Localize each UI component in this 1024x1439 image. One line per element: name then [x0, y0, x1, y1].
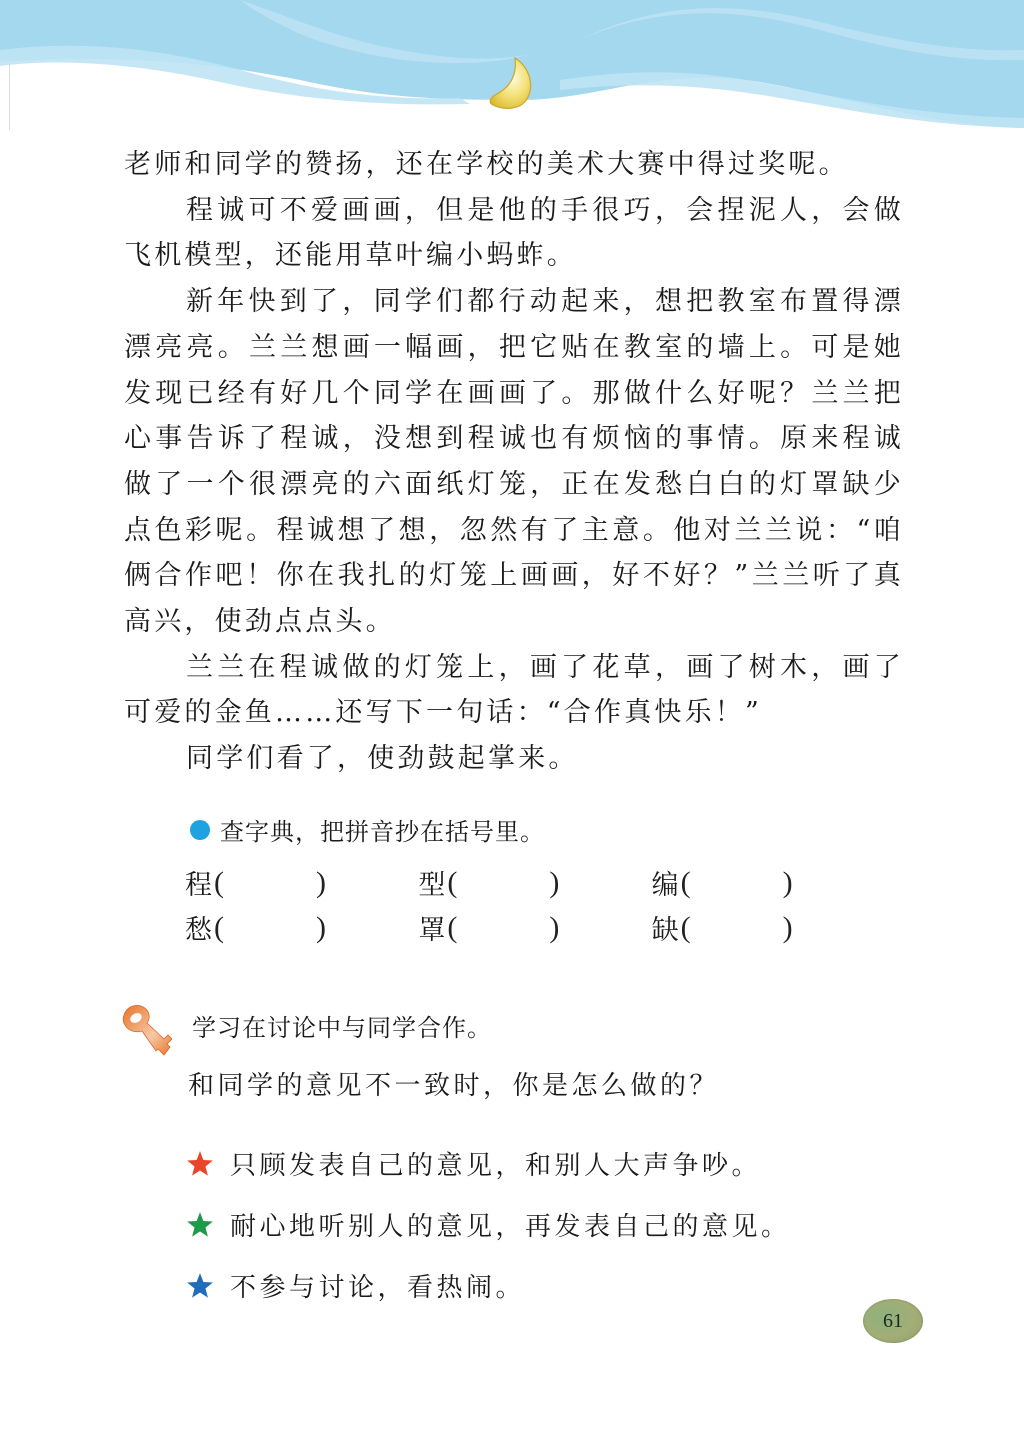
pinyin-grid: 程 () 型 () 编 () 愁 () 罩 () 缺 () — [185, 860, 885, 950]
pinyin-answer-blank[interactable]: () — [214, 911, 326, 945]
open-paren: ( — [214, 866, 224, 900]
close-paren: ) — [783, 911, 793, 945]
story-paragraph: 同学们看了，使劲鼓起掌来。 — [124, 736, 904, 782]
pinyin-row: 程 () 型 () 编 () — [185, 860, 885, 905]
blue-bullet-icon — [190, 820, 210, 840]
open-paren: ( — [214, 911, 224, 945]
discussion-option[interactable]: 耐心地听别人的意见，再发表自己的意见。 — [186, 1194, 791, 1255]
close-paren: ) — [549, 866, 559, 900]
pinyin-answer-blank[interactable]: () — [447, 866, 559, 900]
discussion-title: 学习在讨论中与同学合作。 — [192, 1008, 492, 1043]
green-star-icon — [186, 1211, 214, 1239]
pinyin-answer-blank[interactable]: () — [681, 866, 793, 900]
crescent-moon-icon — [485, 55, 540, 111]
pinyin-answer-blank[interactable]: () — [681, 911, 793, 945]
exercise-heading: 查字典，把拼音抄在括号里。 — [190, 812, 890, 847]
option-text: 耐心地听别人的意见，再发表自己的意见。 — [230, 1206, 791, 1243]
page-number-badge: 61 — [863, 1299, 923, 1343]
pinyin-item: 型 () — [418, 863, 651, 902]
discussion-heading: 学习在讨论中与同学合作。 — [120, 1003, 880, 1061]
discussion-option[interactable]: 只顾发表自己的意见，和别人大声争吵。 — [186, 1133, 791, 1194]
pinyin-character: 愁 — [185, 908, 212, 947]
option-text: 只顾发表自己的意见，和别人大声争吵。 — [230, 1145, 761, 1182]
pinyin-item: 缺 () — [652, 908, 885, 947]
pinyin-character: 缺 — [652, 908, 679, 947]
page-edge-line — [9, 60, 10, 130]
story-paragraph: 新年快到了，同学们都行动起来，想把教室布置得漂漂亮亮。兰兰想画一幅画，把它贴在教… — [124, 279, 904, 645]
pinyin-item: 愁 () — [185, 908, 418, 947]
pinyin-character: 罩 — [418, 908, 445, 947]
story-paragraph: 兰兰在程诚做的灯笼上，画了花草，画了树木，画了可爱的金鱼……还写下一句话：“合作… — [124, 645, 904, 736]
close-paren: ) — [316, 866, 326, 900]
discussion-options: 只顾发表自己的意见，和别人大声争吵。 耐心地听别人的意见，再发表自己的意见。 不… — [186, 1133, 791, 1316]
open-paren: ( — [681, 866, 691, 900]
discussion-option[interactable]: 不参与讨论，看热闹。 — [186, 1255, 791, 1316]
red-star-icon — [186, 1150, 214, 1178]
open-paren: ( — [681, 911, 691, 945]
option-text: 不参与讨论，看热闹。 — [230, 1267, 525, 1304]
story-text: 老师和同学的赞扬，还在学校的美术大赛中得过奖呢。 程诚可不爱画画，但是他的手很巧… — [124, 142, 904, 782]
pinyin-row: 愁 () 罩 () 缺 () — [185, 905, 885, 950]
header-wave-banner — [0, 0, 1024, 140]
story-paragraph: 程诚可不爱画画，但是他的手很巧，会捏泥人，会做飞机模型，还能用草叶编小蚂蚱。 — [124, 188, 904, 279]
blue-star-icon — [186, 1272, 214, 1300]
pinyin-item: 编 () — [652, 863, 885, 902]
pinyin-answer-blank[interactable]: () — [447, 911, 559, 945]
discussion-question: 和同学的意见不一致时，你是怎么做的？ — [188, 1065, 719, 1102]
pinyin-item: 程 () — [185, 863, 418, 902]
pinyin-exercise: 查字典，把拼音抄在括号里。 程 () 型 () 编 () 愁 () 罩 — [190, 812, 890, 847]
discussion-section: 学习在讨论中与同学合作。 和同学的意见不一致时，你是怎么做的？ 只顾发表自己的意… — [120, 1003, 880, 1061]
close-paren: ) — [316, 911, 326, 945]
exercise-instruction: 查字典，把拼音抄在括号里。 — [220, 812, 545, 847]
story-paragraph: 老师和同学的赞扬，还在学校的美术大赛中得过奖呢。 — [124, 142, 904, 188]
open-paren: ( — [447, 911, 457, 945]
pinyin-item: 罩 () — [418, 908, 651, 947]
open-paren: ( — [447, 866, 457, 900]
pinyin-answer-blank[interactable]: () — [214, 866, 326, 900]
pinyin-character: 程 — [185, 863, 212, 902]
close-paren: ) — [549, 911, 559, 945]
key-icon — [120, 1003, 172, 1061]
close-paren: ) — [783, 866, 793, 900]
pinyin-character: 型 — [418, 863, 445, 902]
pinyin-character: 编 — [652, 863, 679, 902]
